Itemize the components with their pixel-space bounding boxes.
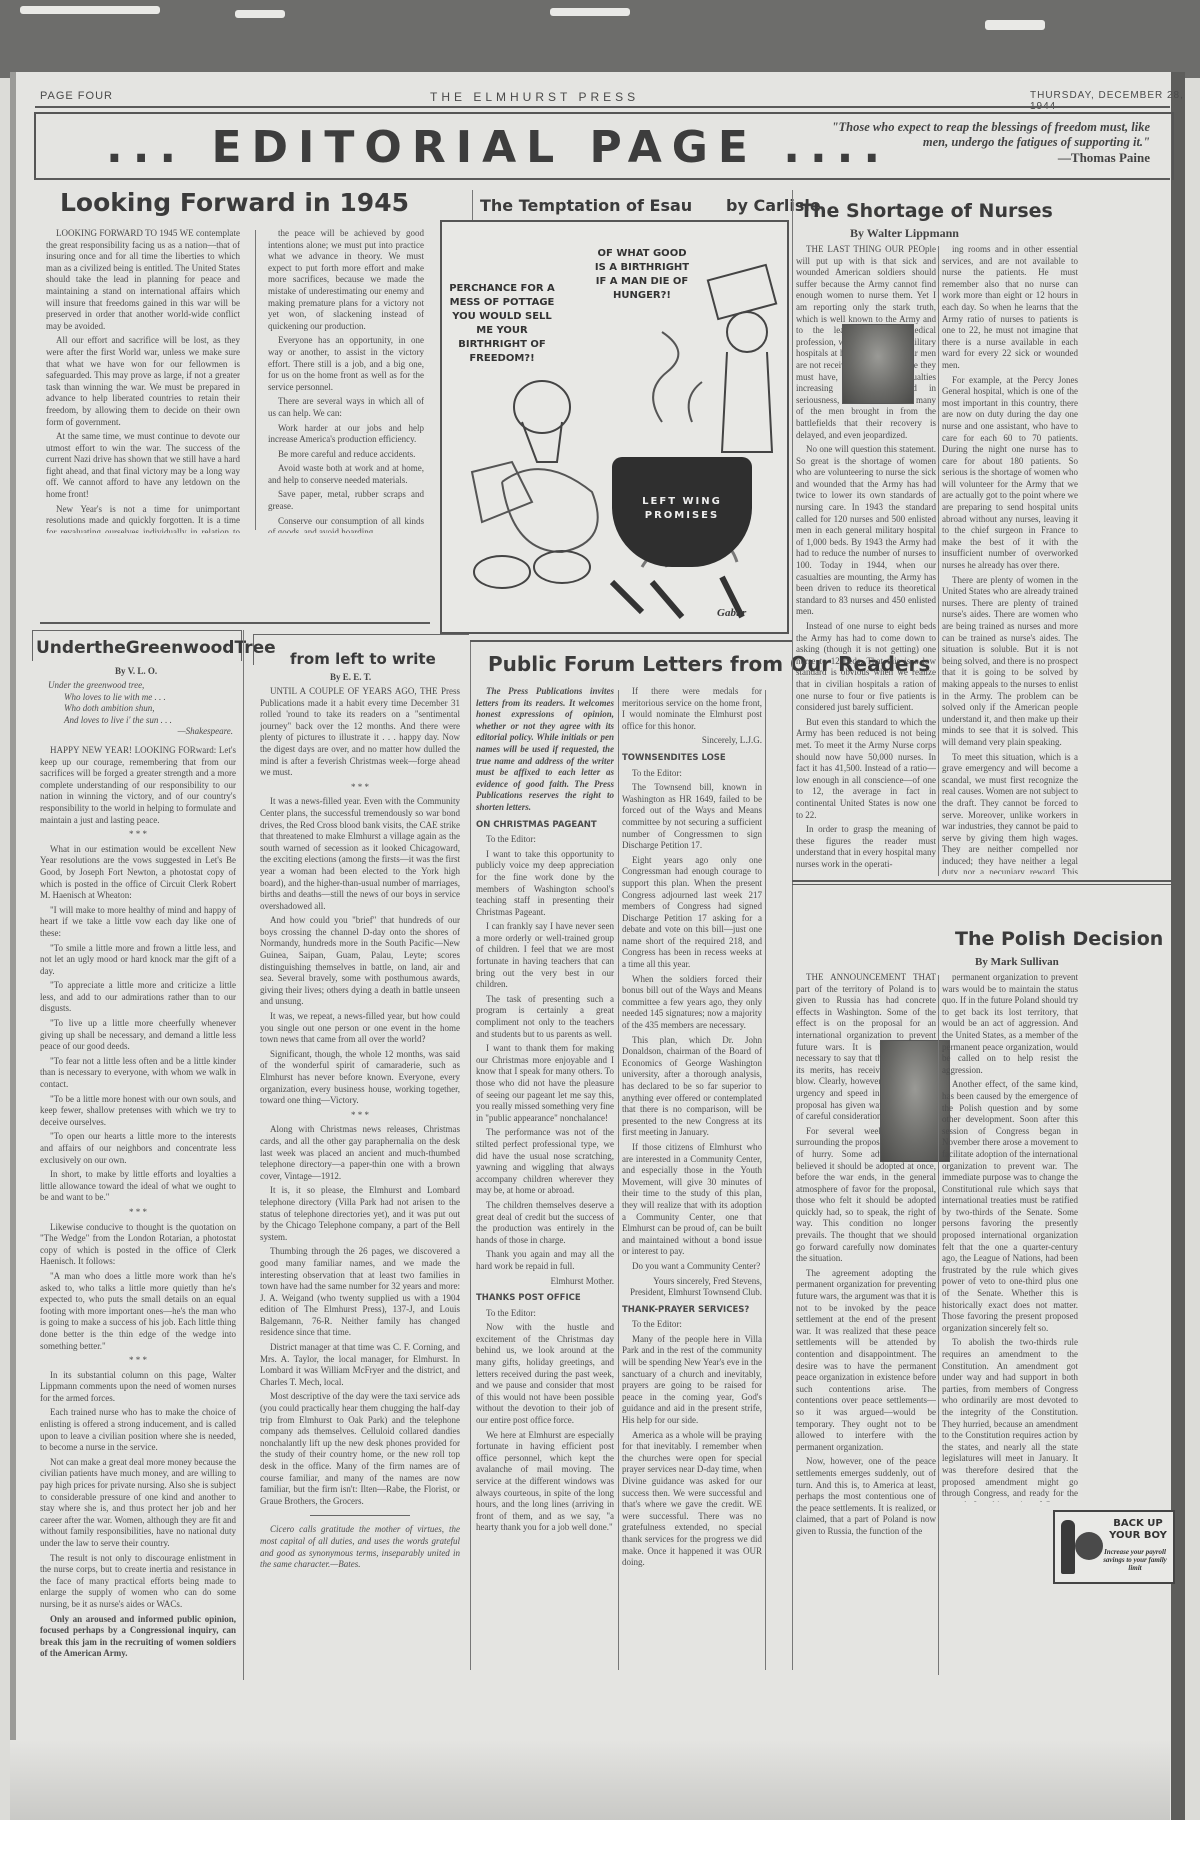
paragraph: Save paper, metal, rubber scraps and gre…	[268, 489, 424, 512]
page-bottom-shading	[10, 1740, 1170, 1820]
paragraph: "To smile a little more and frown a litt…	[40, 943, 236, 978]
paragraph: Conserve our consumption of all kinds of…	[268, 516, 424, 533]
paragraph: The result is not only to discourage enl…	[40, 1553, 236, 1611]
looking-forward-col2: the peace will be achieved by good inten…	[268, 228, 424, 533]
cartoon-drawing-icon	[442, 222, 787, 632]
polish-col2: permanent organization to prevent wars w…	[942, 972, 1078, 1502]
page-number-label: PAGE FOUR	[40, 90, 113, 102]
paragraph: District manager at that time was C. F. …	[260, 1342, 460, 1388]
section-rule	[40, 622, 430, 624]
scan-top-margin	[0, 0, 1200, 78]
paragraph: It was, we repeat, a news-filled year, b…	[260, 1011, 460, 1046]
paragraph: But even this standard to which the Army…	[796, 717, 936, 821]
closing-quote: Cicero calls gratitude the mother of vir…	[260, 1524, 460, 1570]
forum-col1: The Press Publications invites letters f…	[476, 686, 614, 1671]
paragraph: LOOKING FORWARD TO 1945 WE contemplate t…	[46, 228, 240, 332]
paragraph: No one will question this statement. So …	[796, 444, 936, 618]
paragraph: "A man who does a little more work than …	[40, 1271, 236, 1352]
headline-polish-decision: The Polish Decision	[955, 928, 1163, 950]
section-title: ... EDITORIAL PAGE ....	[106, 122, 890, 173]
war-bond-ad: BACK UP YOUR BOY Increase your payroll s…	[1053, 1510, 1175, 1584]
paragraph: I want to thank them for making our Chri…	[476, 1043, 614, 1124]
paragraph: Do you want a Community Center?	[622, 1261, 762, 1273]
paragraph: Significant, though, the whole 12 months…	[260, 1049, 460, 1107]
paragraph: "To live up a little more cheerfully whe…	[40, 1018, 236, 1053]
paragraph: If those citizens of Elmhurst who are in…	[622, 1142, 762, 1258]
paragraph: In its substantial column on this page, …	[40, 1370, 236, 1405]
paragraph: "I will make to more healthy of mind and…	[40, 905, 236, 940]
paragraph: In order to grasp the meaning of these f…	[796, 824, 936, 870]
poem-line: Under the greenwood tree,	[48, 680, 233, 692]
issue-date: THURSDAY, DECEMBER 28, 1944	[1030, 90, 1200, 112]
paragraph: The agreement adopting the permanent org…	[796, 1268, 936, 1454]
section-separator: * * *	[40, 1207, 236, 1219]
quote-text: "Those who expect to reap the blessings …	[832, 120, 1150, 149]
paragraph: UNTIL A COUPLE OF YEARS AGO, THE Press P…	[260, 686, 460, 779]
masthead-bottom-rule	[34, 178, 1170, 180]
paragraph: Thank you again and may all the hard wor…	[476, 1249, 614, 1272]
nurses-byline: By Walter Lippmann	[850, 226, 959, 241]
paragraph: "To appreciate a little more and critici…	[40, 980, 236, 1015]
mark-sullivan-photo	[880, 1040, 950, 1162]
paragraph: If there were medals for meritorious ser…	[622, 686, 762, 732]
greenwood-byline: By V. L. O.	[115, 666, 157, 676]
paragraph: The Townsend bill, known in Washington a…	[622, 782, 762, 852]
quote-attribution: —Thomas Paine	[1058, 150, 1150, 165]
paragraph: When the soldiers forced their bonus bil…	[622, 974, 762, 1032]
paragraph: Eight years ago only one Congressman had…	[622, 855, 762, 971]
forum-col2: If there were medals for meritorious ser…	[622, 686, 762, 1671]
section-separator: * * *	[40, 829, 236, 841]
letter-salutation: To the Editor:	[476, 1308, 614, 1320]
paragraph: To abolish the two-thirds rule requires …	[942, 1337, 1078, 1502]
letter-salutation: To the Editor:	[476, 834, 614, 846]
left-to-write-byline: By E. E. T.	[330, 672, 371, 682]
paragraph: For example, at the Percy Jones General …	[942, 375, 1078, 572]
paragraph: I can frankly say I have never seen a mo…	[476, 921, 614, 991]
paragraph: Each trained nurse who has to make the c…	[40, 1407, 236, 1453]
paragraph: Many of the people here in Villa Park an…	[622, 1334, 762, 1427]
paragraph: Avoid waste both at work and at home, an…	[268, 463, 424, 486]
poem-attribution: —Shakespeare.	[48, 726, 233, 738]
paragraph: The children themselves deserve a great …	[476, 1200, 614, 1246]
greenwood-body: HAPPY NEW YEAR! LOOKING FORward: Let's k…	[40, 745, 236, 1665]
paragraph: What in our estimation would be excellen…	[40, 844, 236, 902]
column-divider	[938, 246, 939, 876]
paragraph: Along with Christmas news releases, Chri…	[260, 1124, 460, 1182]
letter-title: THANK-PRAYER SERVICES?	[622, 1305, 762, 1317]
paragraph: All our effort and sacrifice will be los…	[46, 335, 240, 428]
column-divider	[255, 230, 256, 530]
paragraph: In short, to make by little efforts and …	[40, 1169, 236, 1204]
forum-col3-edge	[768, 686, 790, 1671]
paragraph: "To fear not a little less often and be …	[40, 1056, 236, 1091]
headline-looking-forward: Looking Forward in 1945	[60, 188, 409, 217]
paragraph: This plan, which Dr. John Donaldson, cha…	[622, 1035, 762, 1139]
paragraph: To meet this situation, which is a grave…	[942, 752, 1078, 874]
headline-left-to-write: from left to write	[290, 650, 436, 668]
masthead-quote: "Those who expect to reap the blessings …	[810, 120, 1150, 166]
polish-byline: By Mark Sullivan	[975, 956, 1059, 968]
poem-line: Who loves to lie with me . . .	[48, 692, 233, 704]
paragraph: I want to take this opportunity to publi…	[476, 849, 614, 919]
column-divider	[938, 975, 939, 1675]
editorial-masthead: ... EDITORIAL PAGE .... "Those who expec…	[34, 112, 1174, 180]
column-divider	[618, 690, 619, 1670]
section-rule	[792, 884, 1172, 885]
paragraph: Most descriptive of the day were the tax…	[260, 1391, 460, 1507]
letter-salutation: To the Editor:	[622, 1319, 762, 1331]
paragraph: The task of presenting such a program is…	[476, 994, 614, 1040]
column-divider	[470, 640, 471, 1670]
paragraph: Another effect, of the same kind, has be…	[942, 1079, 1078, 1334]
letter-title: ON CHRISTMAS PAGEANT	[476, 820, 614, 832]
closing-paragraph: Only an aroused and informed public opin…	[40, 1614, 236, 1660]
paragraph: "To be a little more honest with our own…	[40, 1094, 236, 1129]
paragraph: New Year's is not a time for unimportant…	[46, 504, 240, 533]
paragraph: Not can make a great deal more money bec…	[40, 1457, 236, 1550]
letter-salutation: To the Editor:	[622, 768, 762, 780]
paragraph: Now with the hustle and excitement of th…	[476, 1322, 614, 1426]
scan-bottom-margin	[0, 1820, 1200, 1855]
ad-title: BACK UP YOUR BOY	[1103, 1518, 1173, 1542]
paragraph: Now, however, one of the peace settlemen…	[796, 1456, 936, 1537]
letter-signature: Elmhurst Mother.	[476, 1276, 614, 1288]
paragraph: the peace will be achieved by good inten…	[268, 228, 424, 332]
looking-forward-col1: LOOKING FORWARD TO 1945 WE contemplate t…	[46, 228, 240, 533]
paragraph: Thumbing through the 26 pages, we discov…	[260, 1246, 460, 1339]
header-rule	[35, 106, 1170, 108]
letter-title: TOWNSENDITES LOSE	[622, 753, 762, 765]
section-separator: * * *	[260, 782, 460, 794]
paragraph: permanent organization to prevent wars w…	[942, 972, 1078, 1076]
column-divider	[792, 190, 793, 1670]
paragraph: Be more careful and reduce accidents.	[268, 449, 424, 461]
forum-top-rule	[470, 640, 792, 642]
forum-intro: The Press Publications invites letters f…	[476, 686, 614, 814]
newspaper-scan: PAGE FOUR THE ELMHURST PRESS THURSDAY, D…	[0, 0, 1200, 1855]
paragraph: America as a whole will be praying for t…	[622, 1430, 762, 1569]
ad-subtitle: Increase your payroll savings to your fa…	[1099, 1548, 1171, 1572]
paragraph: At the same time, we must continue to de…	[46, 431, 240, 501]
paragraph: HAPPY NEW YEAR! LOOKING FORward: Let's k…	[40, 745, 236, 826]
letter-signature: Yours sincerely, Fred Stevens, President…	[622, 1276, 762, 1299]
paragraph: It is, it so please, the Elmhurst and Lo…	[260, 1185, 460, 1243]
letter-signature: Sincerely, L.J.G.	[622, 735, 762, 747]
walter-lippmann-photo	[842, 324, 914, 404]
paragraph: It was a news-filled year. Even with the…	[260, 796, 460, 912]
paragraph: There are several ways in which all of u…	[268, 396, 424, 419]
paragraph: Instead of one nurse to eight beds the A…	[796, 621, 936, 714]
greenwood-poem: Under the greenwood tree, Who loves to l…	[48, 680, 233, 744]
paragraph: Everyone has an opportunity, in one way …	[268, 335, 424, 393]
section-separator: * * *	[40, 1355, 236, 1367]
newspaper-name: THE ELMHURST PRESS	[430, 90, 639, 104]
letter-title: THANKS POST OFFICE	[476, 1293, 614, 1305]
paragraph: Likewise conducive to thought is the quo…	[40, 1222, 236, 1268]
headline-shortage-of-nurses: The Shortage of Nurses	[800, 200, 1053, 222]
paragraph: ing rooms and in other essential service…	[942, 244, 1078, 372]
paragraph: We here at Elmhurst are especially fortu…	[476, 1430, 614, 1534]
poem-line: And loves to live i' the sun . . .	[48, 715, 233, 727]
column-divider	[243, 630, 244, 1680]
paragraph: There are plenty of women in the United …	[942, 575, 1078, 749]
column-divider	[765, 690, 766, 1670]
pot-label: LEFT WING PROMISES	[612, 495, 752, 523]
left-to-write-body: UNTIL A COUPLE OF YEARS AGO, THE Press P…	[260, 686, 460, 1671]
paragraph: Work harder at our jobs and help increas…	[268, 423, 424, 446]
paragraph: The performance was not of the stilted p…	[476, 1127, 614, 1197]
minuteman-icon	[1061, 1520, 1075, 1574]
nurses-col2: ing rooms and in other essential service…	[942, 244, 1078, 874]
editorial-cartoon: PERCHANCE FOR A MESS OF POTTAGE YOU WOUL…	[440, 220, 789, 634]
cartoon-pot: LEFT WING PROMISES	[612, 457, 752, 567]
cartoon-title: The Temptation of Esau	[480, 196, 692, 215]
poem-line: Who doth ambition shun,	[48, 703, 233, 715]
section-rule	[792, 880, 1172, 882]
paragraph: And how could you "brief" that hundreds …	[260, 915, 460, 1008]
section-separator: * * *	[260, 1110, 460, 1122]
headline-greenwood-tree: UndertheGreenwoodTree	[36, 638, 276, 658]
paragraph: "To open our hearts a little more to the…	[40, 1131, 236, 1166]
short-rule	[310, 1515, 410, 1516]
cartoon-signature: Gabur	[717, 607, 746, 619]
